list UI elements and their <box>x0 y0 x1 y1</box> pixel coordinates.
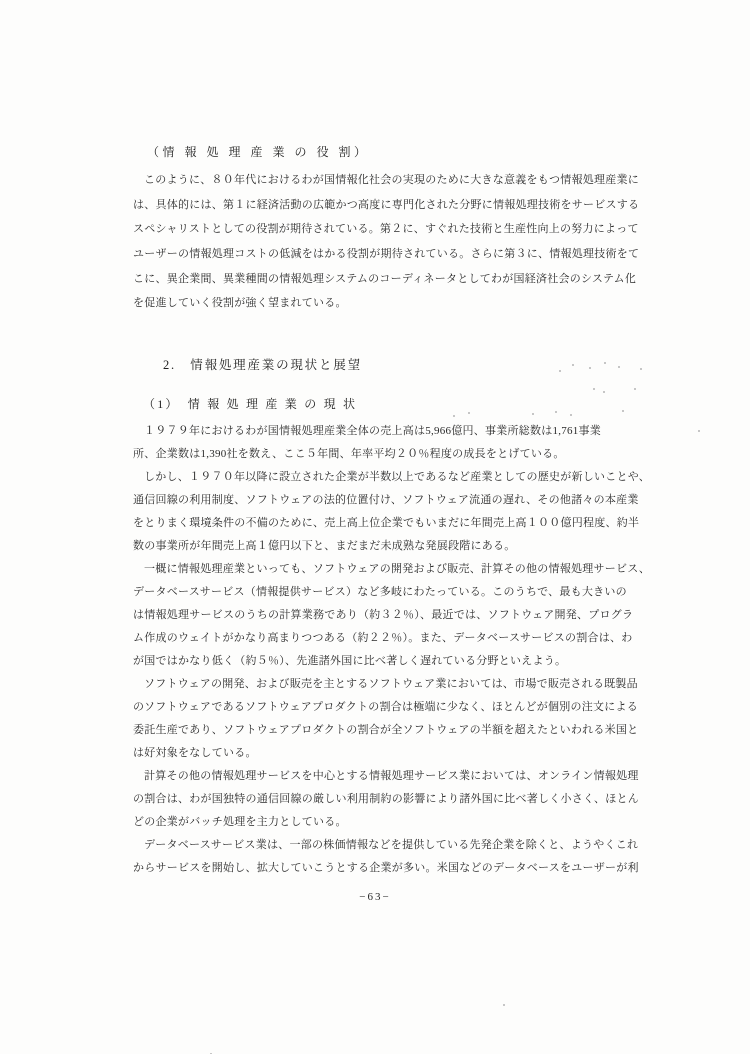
text-line: は情報処理サービスのうちの計算業務であり（約３２％）、最近では、ソフトウェア開発… <box>133 604 648 627</box>
text-line: データベースサービス業は、一部の株価情報などを提供している先発企業を除くと、よう… <box>133 834 648 857</box>
text-line: 所、企業数は1,390社を数え、ここ５年間、年率平均２０％程度の成長をとげている… <box>133 443 648 466</box>
text-line: ソフトウェアの開発、および販売を主とするソフトウェア業においては、市場で販売され… <box>133 673 648 696</box>
scan-noise-speck <box>698 430 700 432</box>
text-line: を促進していく役割が強く望まれている。 <box>133 291 648 316</box>
text-line: ユーザーの情報処理コストの低減をはかる役割が期待されている。さらに第３に、情報処… <box>133 242 648 267</box>
text-line: は、具体的には、第１に経済活動の広範かつ高度に専門化された分野に情報処理技術をサ… <box>133 193 648 218</box>
text-line: をとりまく環境条件の不備のために、売上高上位企業でもいまだに年間売上高１００億円… <box>133 512 648 535</box>
text-line: からサービスを開始し、拡大していこうとする企業が多い。米国などのデータベースをユ… <box>133 857 648 880</box>
scan-noise-speck <box>468 412 470 414</box>
subsection-heading: （1） 情 報 処 理 産 業 の 現 状 <box>143 395 357 412</box>
text-line: 計算その他の情報処理サービスを中心とする情報処理サービス業においては、オンライン… <box>133 765 648 788</box>
scan-noise-speck <box>559 370 561 372</box>
text-line: のソフトウェアであるソフトウェアプロダクトの割合は極端に少なく、ほとんどが個別の… <box>133 696 648 719</box>
text-line: スペシャリストとしての役割が期待されている。第２に、すぐれた技術と生産性向上の努… <box>133 217 648 242</box>
scan-noise-speck <box>618 366 620 368</box>
text-line: 数の事業所が年間売上高１億円以下と、まだまだ未成熟な発展段階にある。 <box>133 535 648 558</box>
scan-noise-speck <box>555 411 557 413</box>
scan-noise-speck <box>589 367 591 369</box>
role-heading: （情 報 処 理 産 業 の 役 割） <box>147 143 370 160</box>
paragraph-role: このように、８０年代におけるわが国情報化社会の実現のために大きな意義をもつ情報処… <box>133 168 648 316</box>
text-line: しかし、１９７０年以降に設立された企業が半数以上であるなど産業としての歴史が新し… <box>133 466 648 489</box>
scan-noise-speck <box>570 414 572 416</box>
text-line: ム作成のウェイトがかなり高まりつつある（約２２％）。また、データベースサービスの… <box>133 627 648 650</box>
paragraph-current-state: １９７９年におけるわが国情報処理産業全体の売上高は5,966億円、事業所総数は1… <box>133 420 648 466</box>
paragraph-history: しかし、１９７０年以降に設立された企業が半数以上であるなど産業としての歴史が新し… <box>133 466 648 558</box>
page-number: −63− <box>0 891 750 903</box>
text-line: の割合は、わが国独特の通信回線の厳しい利用制約の影響により諸外国に比べ著しく小さ… <box>133 788 648 811</box>
text-line: 一概に情報処理産業といっても、ソフトウェアの開発および販売、計算その他の情報処理… <box>133 558 648 581</box>
text-line: どの企業がバッチ処理を主力としている。 <box>133 811 648 834</box>
scan-noise-speck <box>593 388 595 390</box>
paragraph-database-service: データベースサービス業は、一部の株価情報などを提供している先発企業を除くと、よう… <box>133 834 648 880</box>
text-line: データベースサービス（情報提供サービス）など多岐にわたっている。このうちで、最も… <box>133 581 648 604</box>
paragraph-software-industry: ソフトウェアの開発、および販売を主とするソフトウェア業においては、市場で販売され… <box>133 673 648 765</box>
scanned-document-page: （情 報 処 理 産 業 の 役 割） このように、８０年代におけるわが国情報化… <box>0 0 750 1054</box>
chapter-heading: 2. 情報処理産業の現状と展望 <box>163 355 362 373</box>
scan-noise-speck <box>604 362 606 364</box>
scan-noise-speck <box>453 415 455 417</box>
text-line: こに、異企業間、異業種間の情報処理システムのコーディネータとしてわが国経済社会の… <box>133 267 648 292</box>
scan-noise-speck <box>622 410 624 412</box>
text-line: 通信回線の利用制度、ソフトウェアの法的位置付け、ソフトウェア流通の遅れ、その他諸… <box>133 489 648 512</box>
scan-noise-speck <box>634 388 636 390</box>
text-line: が国ではかなり低く（約５％）、先進諸外国に比べ著しく遅れている分野といえよう。 <box>133 650 648 673</box>
scan-noise-speck <box>532 413 534 415</box>
text-line: は好対象をなしている。 <box>133 742 648 765</box>
text-line: １９７９年におけるわが国情報処理産業全体の売上高は5,966億円、事業所総数は1… <box>133 420 648 443</box>
scan-noise-speck <box>603 391 605 393</box>
paragraph-processing-service: 計算その他の情報処理サービスを中心とする情報処理サービス業においては、オンライン… <box>133 765 648 834</box>
scan-noise-speck <box>503 1004 505 1006</box>
text-line: 委託生産であり、ソフトウェアプロダクトの割合が全ソフトウェアの半額を超えたといわ… <box>133 719 648 742</box>
text-line: このように、８０年代におけるわが国情報化社会の実現のために大きな意義をもつ情報処… <box>133 168 648 193</box>
paragraph-industry-breakdown: 一概に情報処理産業といっても、ソフトウェアの開発および販売、計算その他の情報処理… <box>133 558 648 673</box>
scan-noise-speck <box>572 364 574 366</box>
scan-noise-speck <box>640 368 642 370</box>
